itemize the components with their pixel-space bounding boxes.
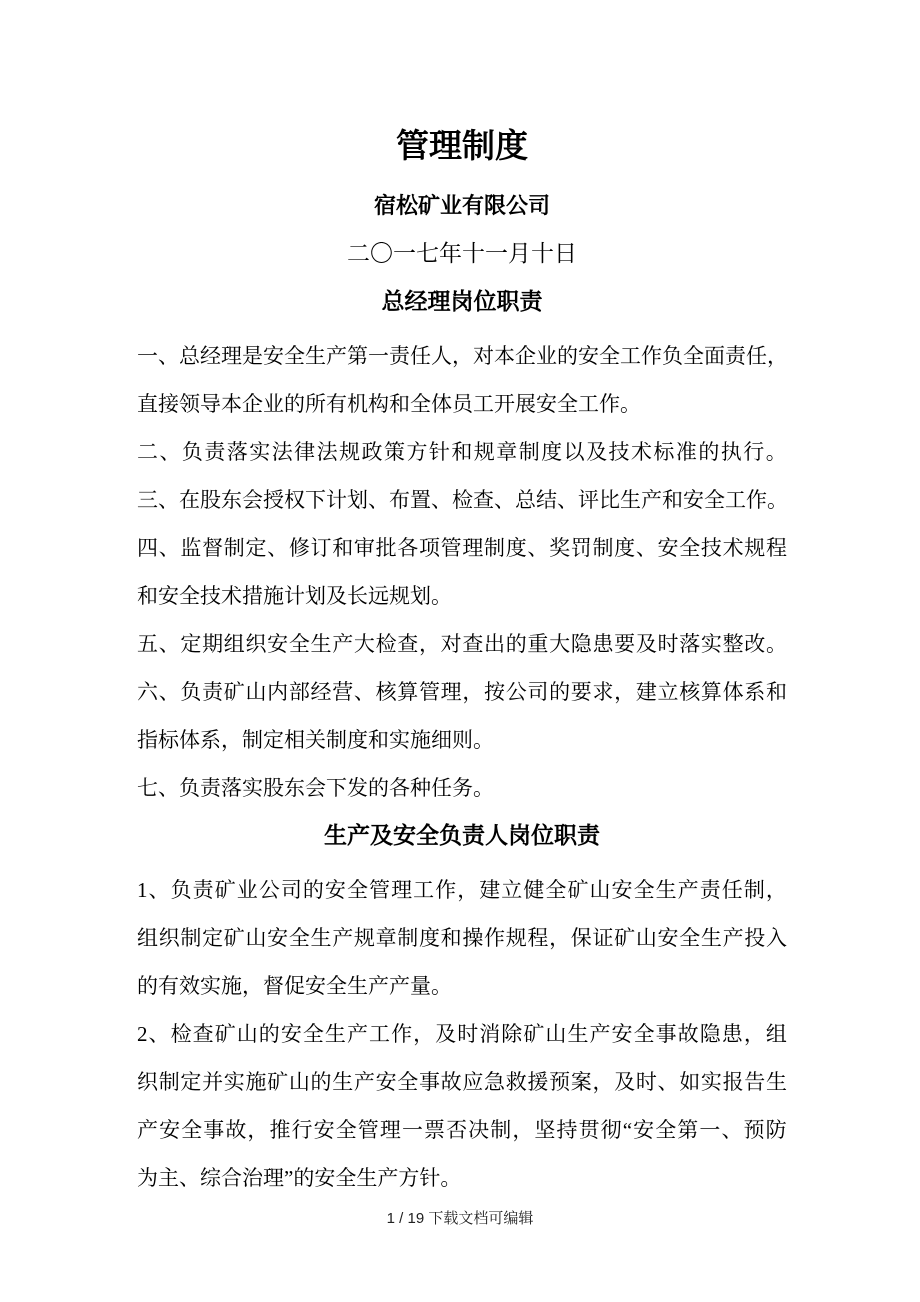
body-line: 二、负责落实法律法规政策方针和规章制度以及技术标准的执行。 bbox=[137, 428, 787, 476]
document-title: 管理制度 bbox=[137, 120, 787, 172]
footer-note: 下载文档可编辑 bbox=[428, 1210, 533, 1227]
body-line: 织制定并实施矿山的生产安全事故应急救援预案，及时、如实报告生 bbox=[137, 1058, 787, 1106]
section-heading: 生产及安全负责人岗位职责 bbox=[137, 812, 787, 860]
body-line: 产安全事故，推行安全管理一票否决制，坚持贯彻“安全第一、预防 bbox=[137, 1106, 787, 1154]
document-page: 管理制度 宿松矿业有限公司 二〇一七年十一月十日 总经理岗位职责一、总经理是安全… bbox=[0, 0, 920, 1302]
body-line: 和安全技术措施计划及长远规划。 bbox=[137, 572, 787, 620]
document-date: 二〇一七年十一月十日 bbox=[137, 230, 787, 278]
body-line: 四、监督制定、修订和审批各项管理制度、奖罚制度、安全技术规程 bbox=[137, 524, 787, 572]
document-content-area: 管理制度 宿松矿业有限公司 二〇一七年十一月十日 总经理岗位职责一、总经理是安全… bbox=[0, 120, 920, 1202]
body-line: 三、在股东会授权下计划、布置、检查、总结、评比生产和安全工作。 bbox=[137, 476, 787, 524]
document-body: 总经理岗位职责一、总经理是安全生产第一责任人，对本企业的安全工作负全面责任，直接… bbox=[137, 278, 787, 1202]
body-line: 组织制定矿山安全生产规章制度和操作规程，保证矿山安全生产投入 bbox=[137, 914, 787, 962]
body-line: 1、负责矿业公司的安全管理工作，建立健全矿山安全生产责任制， bbox=[137, 866, 787, 914]
page-number: 1 / 19 bbox=[387, 1210, 425, 1227]
body-line: 的有效实施，督促安全生产产量。 bbox=[137, 962, 787, 1010]
page-footer: 1 / 19 下载文档可编辑 bbox=[0, 1208, 920, 1230]
body-line: 直接领导本企业的所有机构和全体员工开展安全工作。 bbox=[137, 380, 787, 428]
body-line: 五、定期组织安全生产大检查，对查出的重大隐患要及时落实整改。 bbox=[137, 620, 787, 668]
body-line: 七、负责落实股东会下发的各种任务。 bbox=[137, 764, 787, 812]
body-line: 六、负责矿山内部经营、核算管理，按公司的要求，建立核算体系和 bbox=[137, 668, 787, 716]
company-name: 宿松矿业有限公司 bbox=[137, 182, 787, 230]
section-heading: 总经理岗位职责 bbox=[137, 278, 787, 326]
body-line: 指标体系，制定相关制度和实施细则。 bbox=[137, 716, 787, 764]
body-line: 2、检查矿山的安全生产工作，及时消除矿山生产安全事故隐患，组 bbox=[137, 1010, 787, 1058]
body-line: 一、总经理是安全生产第一责任人，对本企业的安全工作负全面责任， bbox=[137, 332, 787, 380]
body-line: 为主、综合治理”的安全生产方针。 bbox=[137, 1154, 787, 1202]
